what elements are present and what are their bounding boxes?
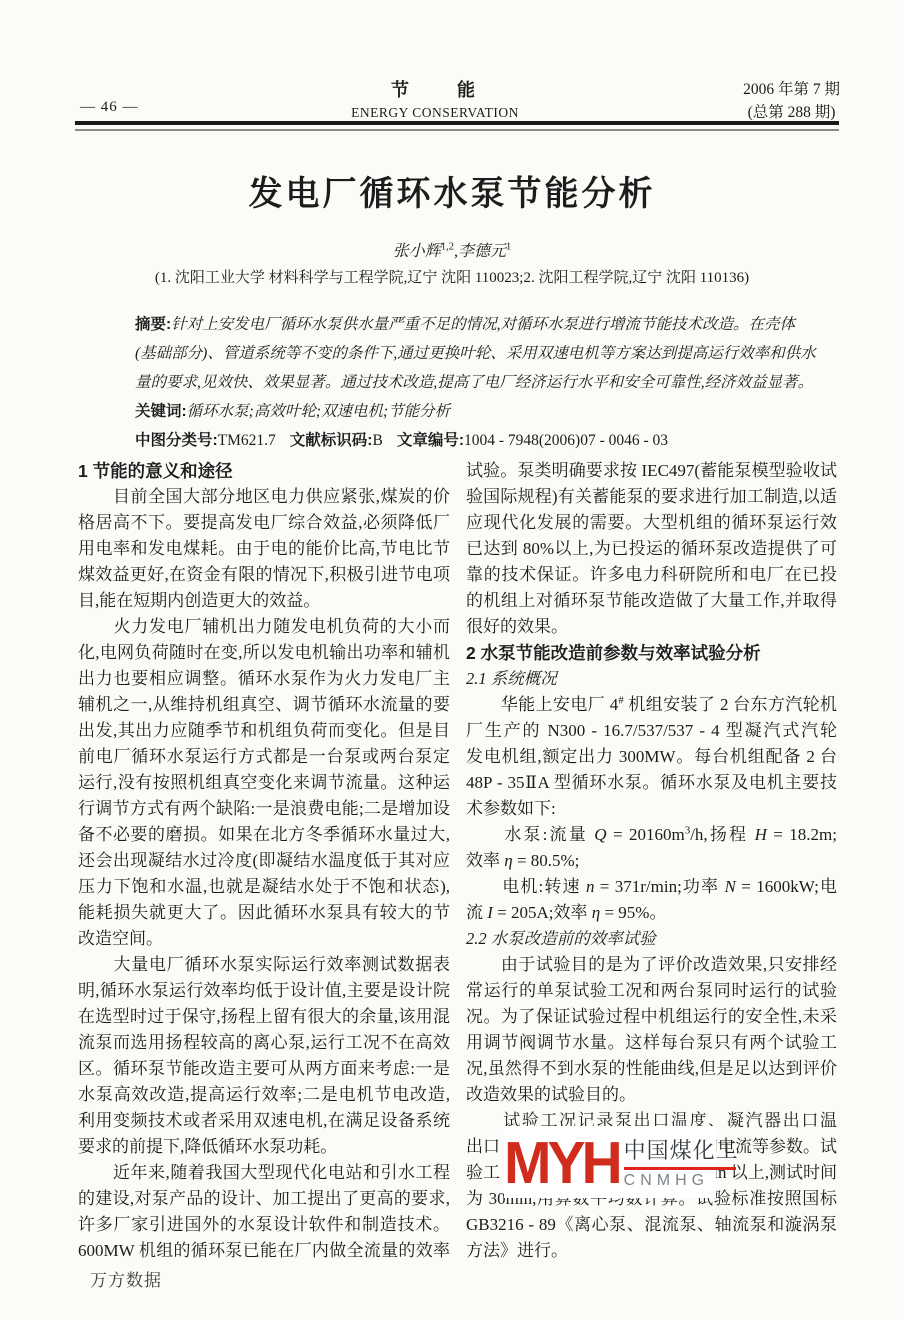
text-line: 大量电厂循环水泵实际运行效率测试数据表 [78, 952, 450, 978]
abstract-line: (基础部分)、管道系统等不变的条件下,通过更换叶轮、采用双速电机等方案达到提高运… [135, 339, 775, 368]
text-line: 48P - 35ⅡA 型循环水泵。循环水泵及电机主要技 [466, 770, 837, 796]
text-line: 水泵高效改造,提高运行效率;二是电机节电改造, [78, 1082, 450, 1108]
text-line: 许多厂家引进国外的水泵设计软件和制造技术。 [78, 1212, 450, 1238]
text-line: 应现代化发展的需要。大型机组的循环泵运行效率 [466, 510, 837, 536]
doc-code-label: 文献标识码: [290, 432, 373, 449]
text-line: 还会出现凝结水过冷度(即凝结水温度低于其对应 [78, 848, 450, 874]
text-line: 要求的前提下,降低循环水泵功耗。 [78, 1134, 450, 1160]
journal-masthead: 节 能 ENERGY CONSERVATION [280, 76, 590, 121]
watermark-text-cn: 中国煤化工 [624, 1134, 739, 1165]
text-line: 区。循环泵节能改造主要可从两方面来考虑:一是 [78, 1056, 450, 1082]
text-line: 2.1 系统概况 [466, 666, 837, 692]
text-line: 运行,没有按照机组真空变化来调节流量。这种运 [78, 770, 450, 796]
text-line: 能耗损失就更大了。因此循环水泵具有较大的节能 [78, 900, 450, 926]
text-line: 利用变频技术或者采用双速电机,在满足设备系统 [78, 1108, 450, 1134]
clc-label: 中图分类号: [135, 432, 218, 449]
text-line: 行调节方式有两个缺陷:一是浪费电能;二是增加设 [78, 796, 450, 822]
text-line: 电机:转速 n = 371r/min;功率 N = 1600kW;电 [466, 874, 837, 900]
author-2: 李德元 [458, 243, 506, 260]
cnmhg-watermark: MYH 中国煤化工 CNMHG [504, 1126, 716, 1198]
text-line: 的建设,对泵产品的设计、加工提出了更高的要求, [78, 1186, 450, 1212]
text-line: 华能上安电厂 4# 机组安装了 2 台东方汽轮机 [466, 692, 837, 718]
clc-value: TM621.7 [218, 432, 276, 449]
keywords-line: 关键词:循环水泵;高效叶轮;双速电机;节能分析 [135, 397, 775, 426]
doc-code-value: B [372, 432, 382, 449]
text-line: 发电机组,额定出力 300MW。每台机组配备 2 台 [466, 744, 837, 770]
text-line: 2 水泵节能改造前参数与效率试验分析 [466, 640, 837, 666]
text-line: 出发,其出力应随季节和机组负荷而变化。但是目 [78, 718, 450, 744]
text-line: 出力也要相应调整。循环水泵作为火力发电厂主要 [78, 666, 450, 692]
text-line: 的机组上对循环泵节能改造做了大量工作,并取得 [466, 588, 837, 614]
affiliation-line: (1. 沈阳工业大学 材料科学与工程学院,辽宁 沈阳 110023;2. 沈阳工… [0, 266, 904, 287]
text-line: 流 I = 205A;效率 η = 95%。 [466, 900, 837, 926]
left-column: 1 节能的意义和途径 目前全国大部分地区电力供应紧张,煤炭的价格居高不下。要提高… [78, 458, 450, 1264]
text-line: 火力发电厂辅机出力随发电机负荷的大小而变 [78, 614, 450, 640]
text-line: GB3216 - 89《离心泵、混流泵、轴流泵和漩涡泵试验 [466, 1212, 837, 1238]
text-line: 1 节能的意义和途径 [78, 458, 450, 484]
text-line: 目,能在短期内创造更大的效益。 [78, 588, 450, 614]
text-line: 常运行的单泵试验工况和两台泵同时运行的试验工 [466, 978, 837, 1004]
keywords-text: 循环水泵;高效叶轮;双速电机;节能分析 [187, 403, 451, 420]
meta-line: 中图分类号:TM621.7文献标识码:B文章编号:1004 - 7948(200… [135, 426, 775, 455]
authors-line: 张小辉1,2,李德元1 [0, 238, 904, 261]
text-line: 用调节阀调节水量。这样每台泵只有两个试验工 [466, 1030, 837, 1056]
text-line: 效率 η = 80.5%; [466, 848, 837, 874]
text-line: 辅机之一,从维持机组真空、调节循环水流量的要求 [78, 692, 450, 718]
text-line: 厂生产的 N300 - 16.7/537/537 - 4 型凝汽式汽轮 [466, 718, 837, 744]
text-line: 在选型时过于保守,扬程上留有很大的余量,该用混 [78, 1004, 450, 1030]
text-line: 化,电网负荷随时在变,所以发电机输出功率和辅机 [78, 640, 450, 666]
journal-page: — 46 — 节 能 ENERGY CONSERVATION 2006 年第 7… [0, 0, 904, 1320]
text-line: 备不必要的磨损。如果在北方冬季循环水量过大, [78, 822, 450, 848]
header-rule-thin [75, 129, 839, 131]
text-line: 煤效益更好,在资金有限的情况下,积极引进节电项 [78, 562, 450, 588]
issue-number: 2006 年第 7 期 [743, 78, 840, 101]
abstract-text: 针对上安发电厂循环水泵供水量严重不足的情况,对循环水泵进行增流节能技术改造。在壳… [171, 316, 795, 333]
text-line: 试验。泵类明确要求按 IEC497(蓄能泵模型验收试 [466, 458, 837, 484]
text-line: 改造空间。 [78, 926, 450, 952]
text-line: 很好的效果。 [466, 614, 837, 640]
cnmhg-logo-icon: MYH [504, 1129, 619, 1198]
text-line: 况。为了保证试验过程中机组运行的安全性,未采 [466, 1004, 837, 1030]
journal-title-en: ENERGY CONSERVATION [280, 105, 590, 121]
article-title: 发电厂循环水泵节能分析 [0, 166, 904, 215]
keywords-label: 关键词: [135, 403, 187, 420]
header-rule-thick [75, 121, 839, 125]
article-id-label: 文章编号: [397, 432, 464, 449]
author-2-affiliation-sup: 1 [506, 242, 511, 253]
text-line: 格居高不下。要提高发电厂综合效益,必须降低厂 [78, 510, 450, 536]
wanfang-watermark: 万方数据 [90, 1266, 162, 1291]
watermark-rule [624, 1167, 736, 1170]
text-line: 近年来,随着我国大型现代化电站和引水工程 [78, 1160, 450, 1186]
text-line: 术参数如下: [466, 796, 837, 822]
text-line: 水泵:流量 Q = 20160m3/h,扬程 H = 18.2m; [466, 822, 837, 848]
text-line: 由于试验目的是为了评价改造效果,只安排经 [466, 952, 837, 978]
abstract-block: 摘要:针对上安发电厂循环水泵供水量严重不足的情况,对循环水泵进行增流节能技术改造… [135, 310, 775, 455]
text-line: 用电率和发电煤耗。由于电的能价比高,节电比节 [78, 536, 450, 562]
issue-info: 2006 年第 7 期 (总第 288 期) [743, 78, 840, 124]
text-line: 方法》进行。 [466, 1238, 837, 1264]
author-1-affiliation-sup: 1,2 [441, 242, 454, 253]
text-line: 况,虽然得不到水泵的性能曲线,但是足以达到评价 [466, 1056, 837, 1082]
text-line: 明,循环水泵运行效率均低于设计值,主要是设计院 [78, 978, 450, 1004]
text-line: 2.2 水泵改造前的效率试验 [466, 926, 837, 952]
article-id-value: 1004 - 7948(2006)07 - 0046 - 03 [464, 432, 668, 449]
text-line: 已达到 80%以上,为已投运的循环泵改造提供了可 [466, 536, 837, 562]
watermark-text-en: CNMHG [624, 1172, 739, 1190]
page-number: — 46 — [80, 99, 139, 116]
abstract-label: 摘要: [135, 316, 171, 333]
text-line: 600MW 机组的循环泵已能在厂内做全流量的效率 [78, 1238, 450, 1264]
text-line: 改造效果的试验目的。 [466, 1082, 837, 1108]
abstract-line: 量的要求,见效快、效果显著。通过技术改造,提高了电厂经济运行水平和安全可靠性,经… [135, 368, 775, 397]
text-line: 流泵而选用扬程较高的离心泵,运行工况不在高效 [78, 1030, 450, 1056]
text-line: 压力下饱和水温,也就是凝结水处于不饱和状态), [78, 874, 450, 900]
author-1: 张小辉 [393, 243, 441, 260]
journal-title-cn: 节 能 [280, 76, 590, 102]
text-line: 验国际规程)有关蓄能泵的要求进行加工制造,以适 [466, 484, 837, 510]
text-line: 目前全国大部分地区电力供应紧张,煤炭的价 [78, 484, 450, 510]
text-line: 前电厂循环水泵运行方式都是一台泵或两台泵定速 [78, 744, 450, 770]
abstract-line: 摘要:针对上安发电厂循环水泵供水量严重不足的情况,对循环水泵进行增流节能技术改造… [135, 310, 775, 339]
cnmhg-watermark-text: 中国煤化工 CNMHG [624, 1134, 739, 1190]
text-line: 靠的技术保证。许多电力科研院所和电厂在已投产 [466, 562, 837, 588]
